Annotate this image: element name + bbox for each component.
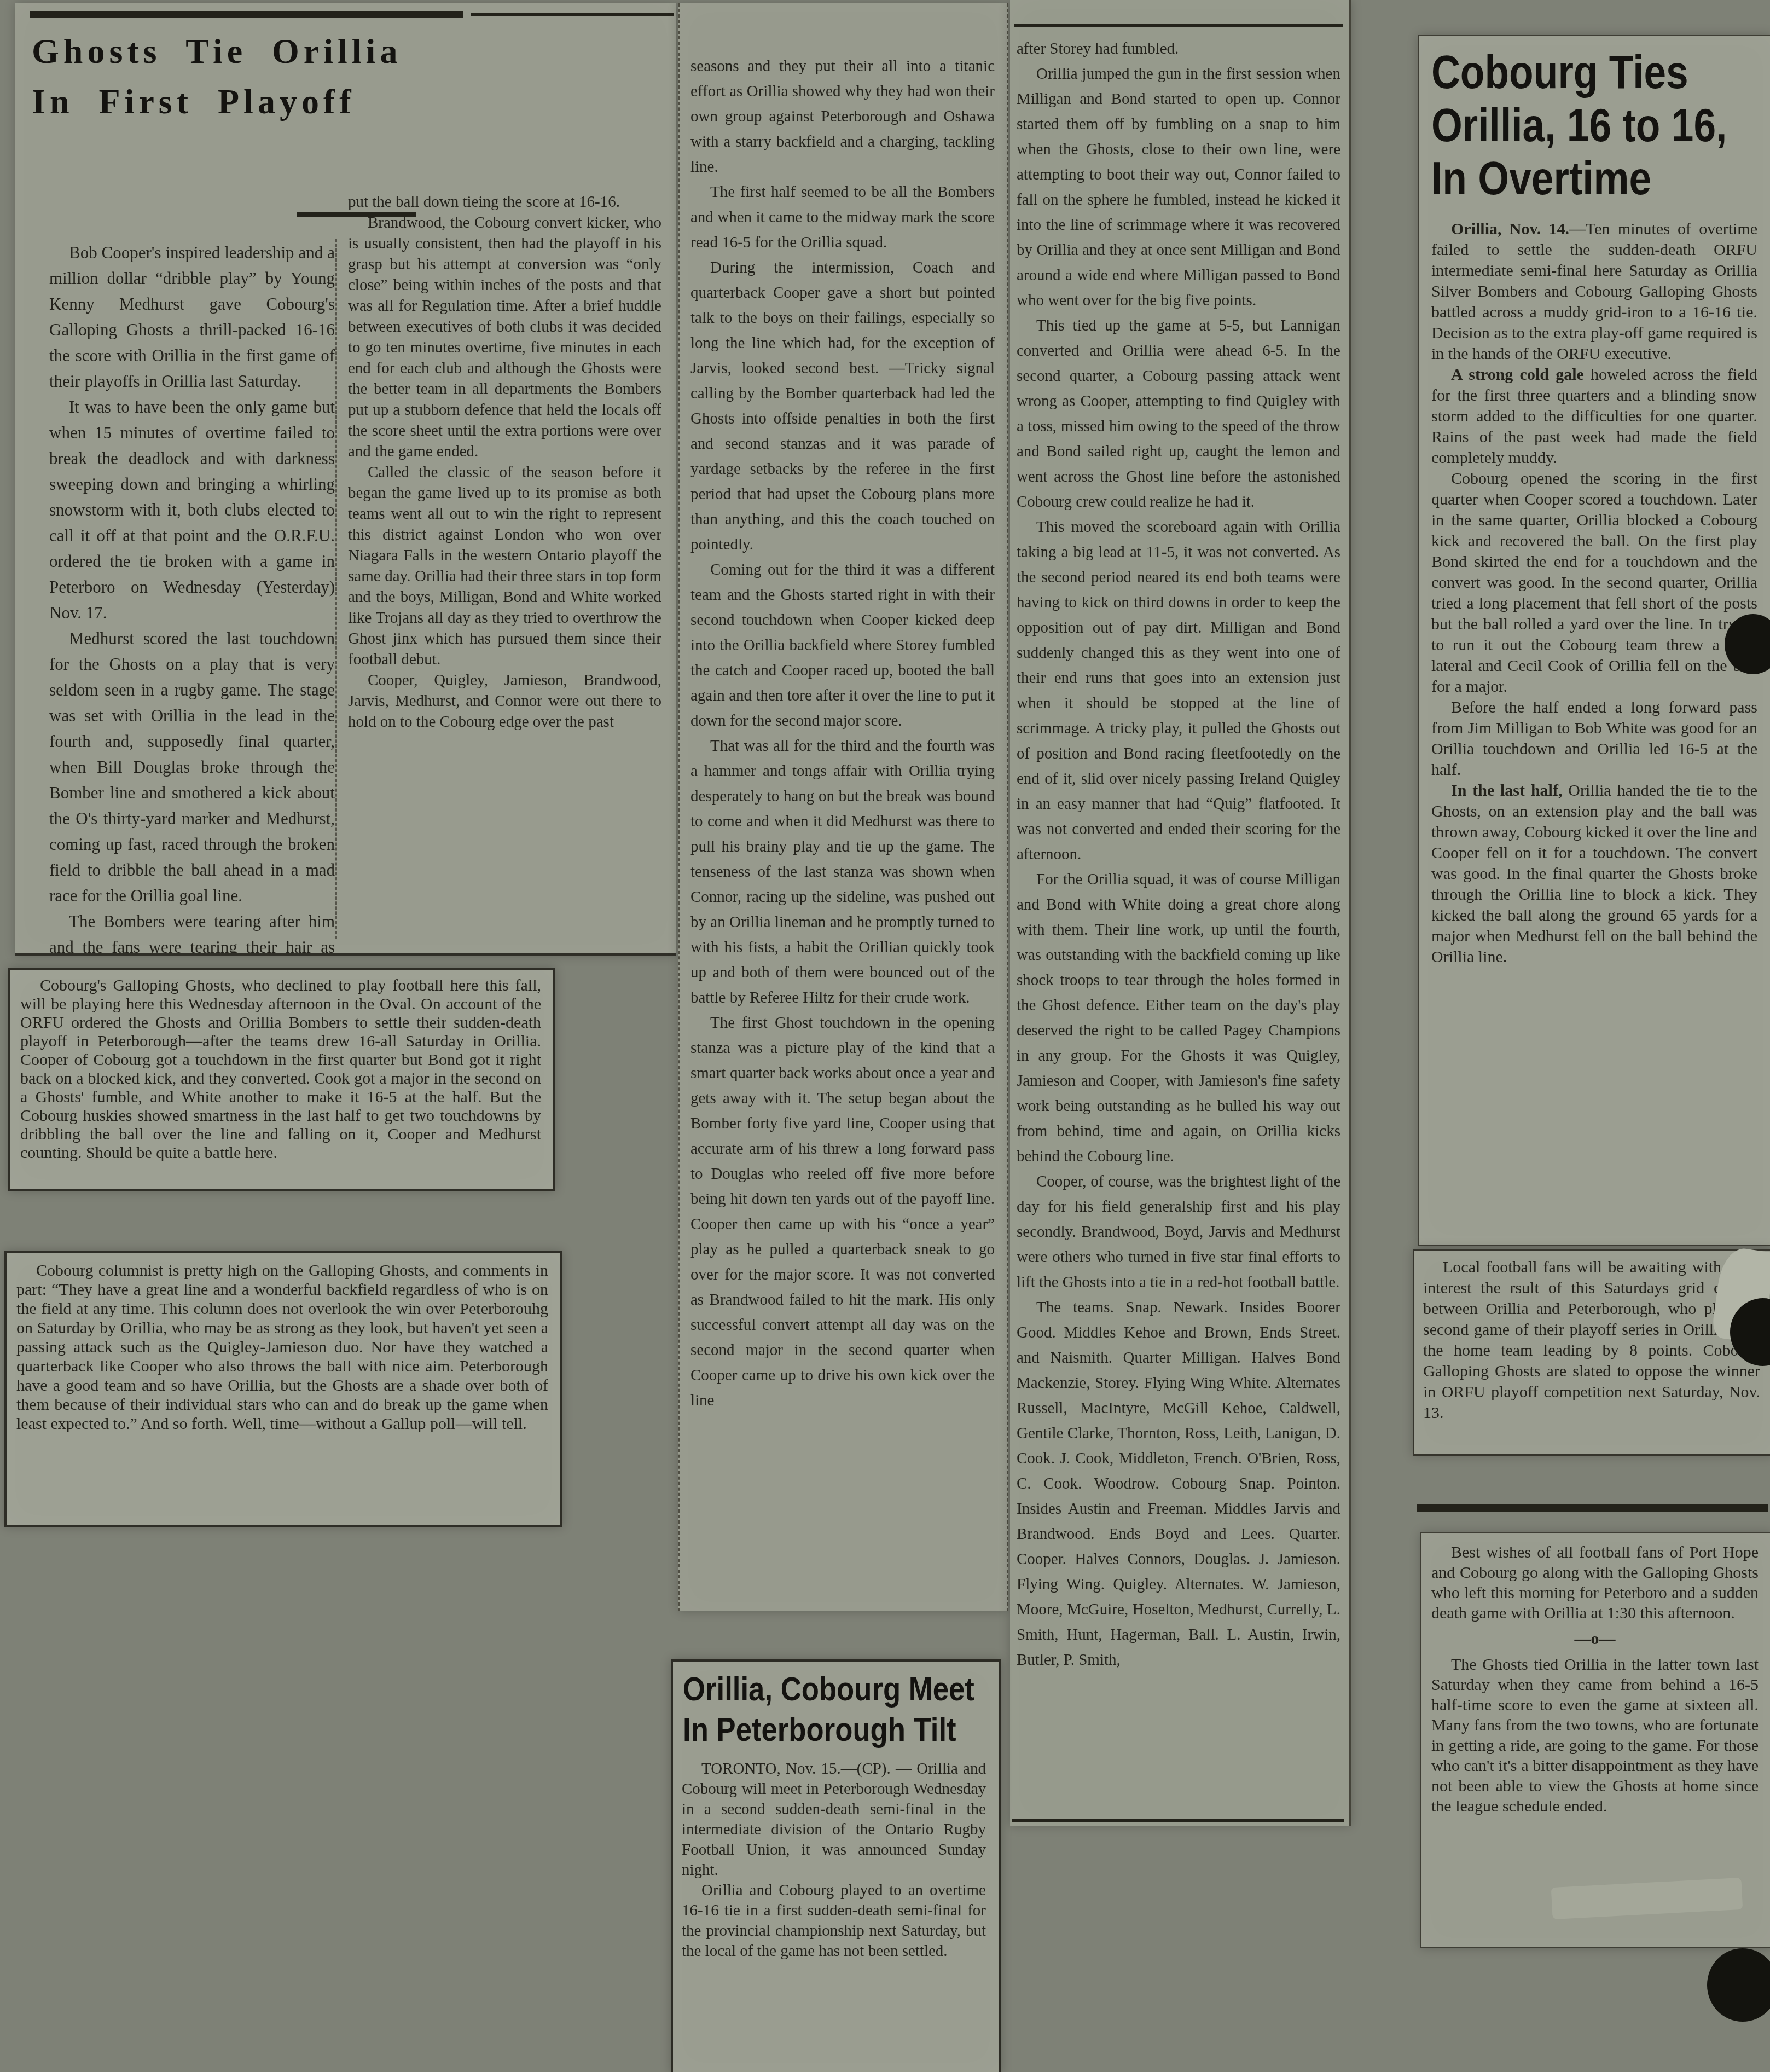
section-divider: —o— — [1431, 1629, 1759, 1649]
paragraph: Bob Cooper's inspired leadership and a m… — [49, 240, 335, 394]
headline-line: Orillia, Cobourg Meet — [683, 1669, 1001, 1710]
top-rule — [471, 13, 674, 16]
paragraph: This moved the scoreboard again with Ori… — [1017, 514, 1340, 867]
paragraph: During the intermission, Coach and quart… — [690, 255, 995, 557]
article-column-2: put the ball down tieing the score at 16… — [348, 192, 661, 732]
paragraph: Cobourg columnist is pretty high on the … — [16, 1261, 548, 1433]
paragraph: Cooper, of course, was the brightest lig… — [1017, 1169, 1340, 1295]
boxed-note-columnist: Cobourg columnist is pretty high on the … — [4, 1251, 562, 1527]
paragraph: TORONTO, Nov. 15.—(CP). — Orillia and Co… — [682, 1759, 986, 1880]
paragraph: Coming out for the third it was a differ… — [690, 557, 995, 733]
top-rule — [1014, 24, 1343, 27]
paragraph: seasons and they put their all into a ti… — [690, 54, 995, 180]
paragraph: That was all for the third and the fourt… — [690, 733, 995, 1010]
paragraph: The first Ghost touchdown in the opening… — [690, 1010, 995, 1413]
bold-lead: A strong cold gale — [1451, 366, 1584, 384]
paragraph: Best wishes of all football fans of Port… — [1431, 1542, 1759, 1623]
column-rule — [335, 239, 337, 939]
paragraph: A strong cold gale howeled across the fi… — [1431, 364, 1757, 468]
article-ghosts-tie-orillia: Ghosts Tie Orillia In First Playoff Bob … — [15, 3, 676, 956]
paragraph: Before the half ended a long forward pas… — [1431, 697, 1757, 780]
top-rule — [30, 11, 463, 18]
main-headline: Ghosts Tie Orillia In First Playoff — [32, 26, 402, 127]
note-body: Local football fans will be awaiting wit… — [1423, 1257, 1760, 1423]
paragraph: after Storey had fumbled. — [1017, 36, 1340, 61]
tilt-headline: Orillia, Cobourg Meet In Peterborough Ti… — [683, 1669, 1001, 1750]
article-column-4-clipping: after Storey had fumbled. Orillia jumped… — [1010, 0, 1351, 1826]
paragraph: Local football fans will be awaiting wit… — [1423, 1257, 1760, 1423]
note-body: Best wishes of all football fans of Port… — [1431, 1542, 1759, 1816]
paragraph: Brandwood, the Cobourg convert kicker, w… — [348, 212, 661, 462]
paragraph: Cobourg's Galloping Ghosts, who declined… — [20, 976, 541, 1162]
headline-line: In Peterborough Tilt — [683, 1710, 1001, 1750]
article-column-3-clipping: seasons and they put their all into a ti… — [678, 3, 1008, 1611]
headline-line: Ghosts Tie Orillia — [32, 26, 402, 77]
overtime-headline: Cobourg Ties Orillia, 16 to 16, In Overt… — [1431, 46, 1770, 205]
boxed-note-oval-game: Cobourg's Galloping Ghosts, who declined… — [8, 968, 555, 1191]
paragraph: put the ball down tieing the score at 16… — [348, 192, 661, 212]
article-column-1: Bob Cooper's inspired leadership and a m… — [49, 240, 335, 956]
article-column-3: seasons and they put their all into a ti… — [690, 54, 995, 1413]
paragraph: Cooper, Quigley, Jamieson, Brandwood, Ja… — [348, 670, 661, 732]
bottom-rule — [1012, 1819, 1344, 1822]
paragraph: Called the classic of the season before … — [348, 462, 661, 670]
paragraph: Orillia, Nov. 14.—Ten minutes of overtim… — [1431, 219, 1757, 364]
note-local-fans: Local football fans will be awaiting wit… — [1413, 1249, 1770, 1456]
paragraph: The Ghosts tied Orillia in the latter to… — [1431, 1654, 1759, 1816]
section-rule — [1417, 1504, 1768, 1512]
headline-line: In First Playoff — [32, 77, 402, 127]
note-body: Cobourg's Galloping Ghosts, who declined… — [20, 976, 541, 1162]
article-column-4: after Storey had fumbled. Orillia jumped… — [1017, 36, 1340, 1672]
paragraph: Medhurst scored the last touchdown for t… — [49, 626, 335, 908]
paragraph: It was to have been the only game but wh… — [49, 394, 335, 626]
paragraph: Orillia jumped the gun in the first sess… — [1017, 61, 1340, 313]
headline-line: Cobourg Ties — [1431, 46, 1770, 99]
article-cobourg-ties-orillia: Cobourg Ties Orillia, 16 to 16, In Overt… — [1418, 35, 1770, 1246]
note-body: Cobourg columnist is pretty high on the … — [16, 1261, 548, 1433]
article-body: Orillia, Nov. 14.—Ten minutes of overtim… — [1431, 219, 1757, 968]
team-roster-paragraph: The teams. Snap. Newark. Insides Boorer … — [1017, 1295, 1340, 1672]
paragraph: Orillia and Cobourg played to an overtim… — [682, 1880, 986, 1961]
bold-lead: In the last half, — [1451, 782, 1562, 800]
paragraph-text: —Ten minutes of overtime failed to settl… — [1431, 220, 1757, 363]
headline-line: Orillia, 16 to 16, — [1431, 99, 1770, 152]
paragraph: This tied up the game at 5-5, but Lannig… — [1017, 313, 1340, 514]
article-body: TORONTO, Nov. 15.—(CP). — Orillia and Co… — [682, 1759, 986, 1961]
dateline: Orillia, Nov. 14. — [1451, 220, 1569, 238]
page-hole — [1707, 1948, 1770, 2022]
scrapbook-page: Ghosts Tie Orillia In First Playoff Bob … — [0, 0, 1770, 2072]
headline-line: In Overtime — [1431, 152, 1770, 205]
paragraph: In the last half, Orillia handed the tie… — [1431, 780, 1757, 968]
paragraph: For the Orillia squad, it was of course … — [1017, 867, 1340, 1169]
paragraph-text: Orillia handed the tie to the Ghosts, on… — [1431, 782, 1757, 966]
paragraph: The Bombers were tearing after him and t… — [49, 908, 335, 956]
note-best-wishes: Best wishes of all football fans of Port… — [1420, 1532, 1770, 1948]
paragraph: Cobourg opened the scoring in the first … — [1431, 468, 1757, 697]
article-peterborough-tilt: Orillia, Cobourg Meet In Peterborough Ti… — [671, 1659, 1001, 2072]
torn-paper-patch — [1551, 1878, 1743, 1919]
paragraph: The first half seemed to be all the Bomb… — [690, 180, 995, 255]
